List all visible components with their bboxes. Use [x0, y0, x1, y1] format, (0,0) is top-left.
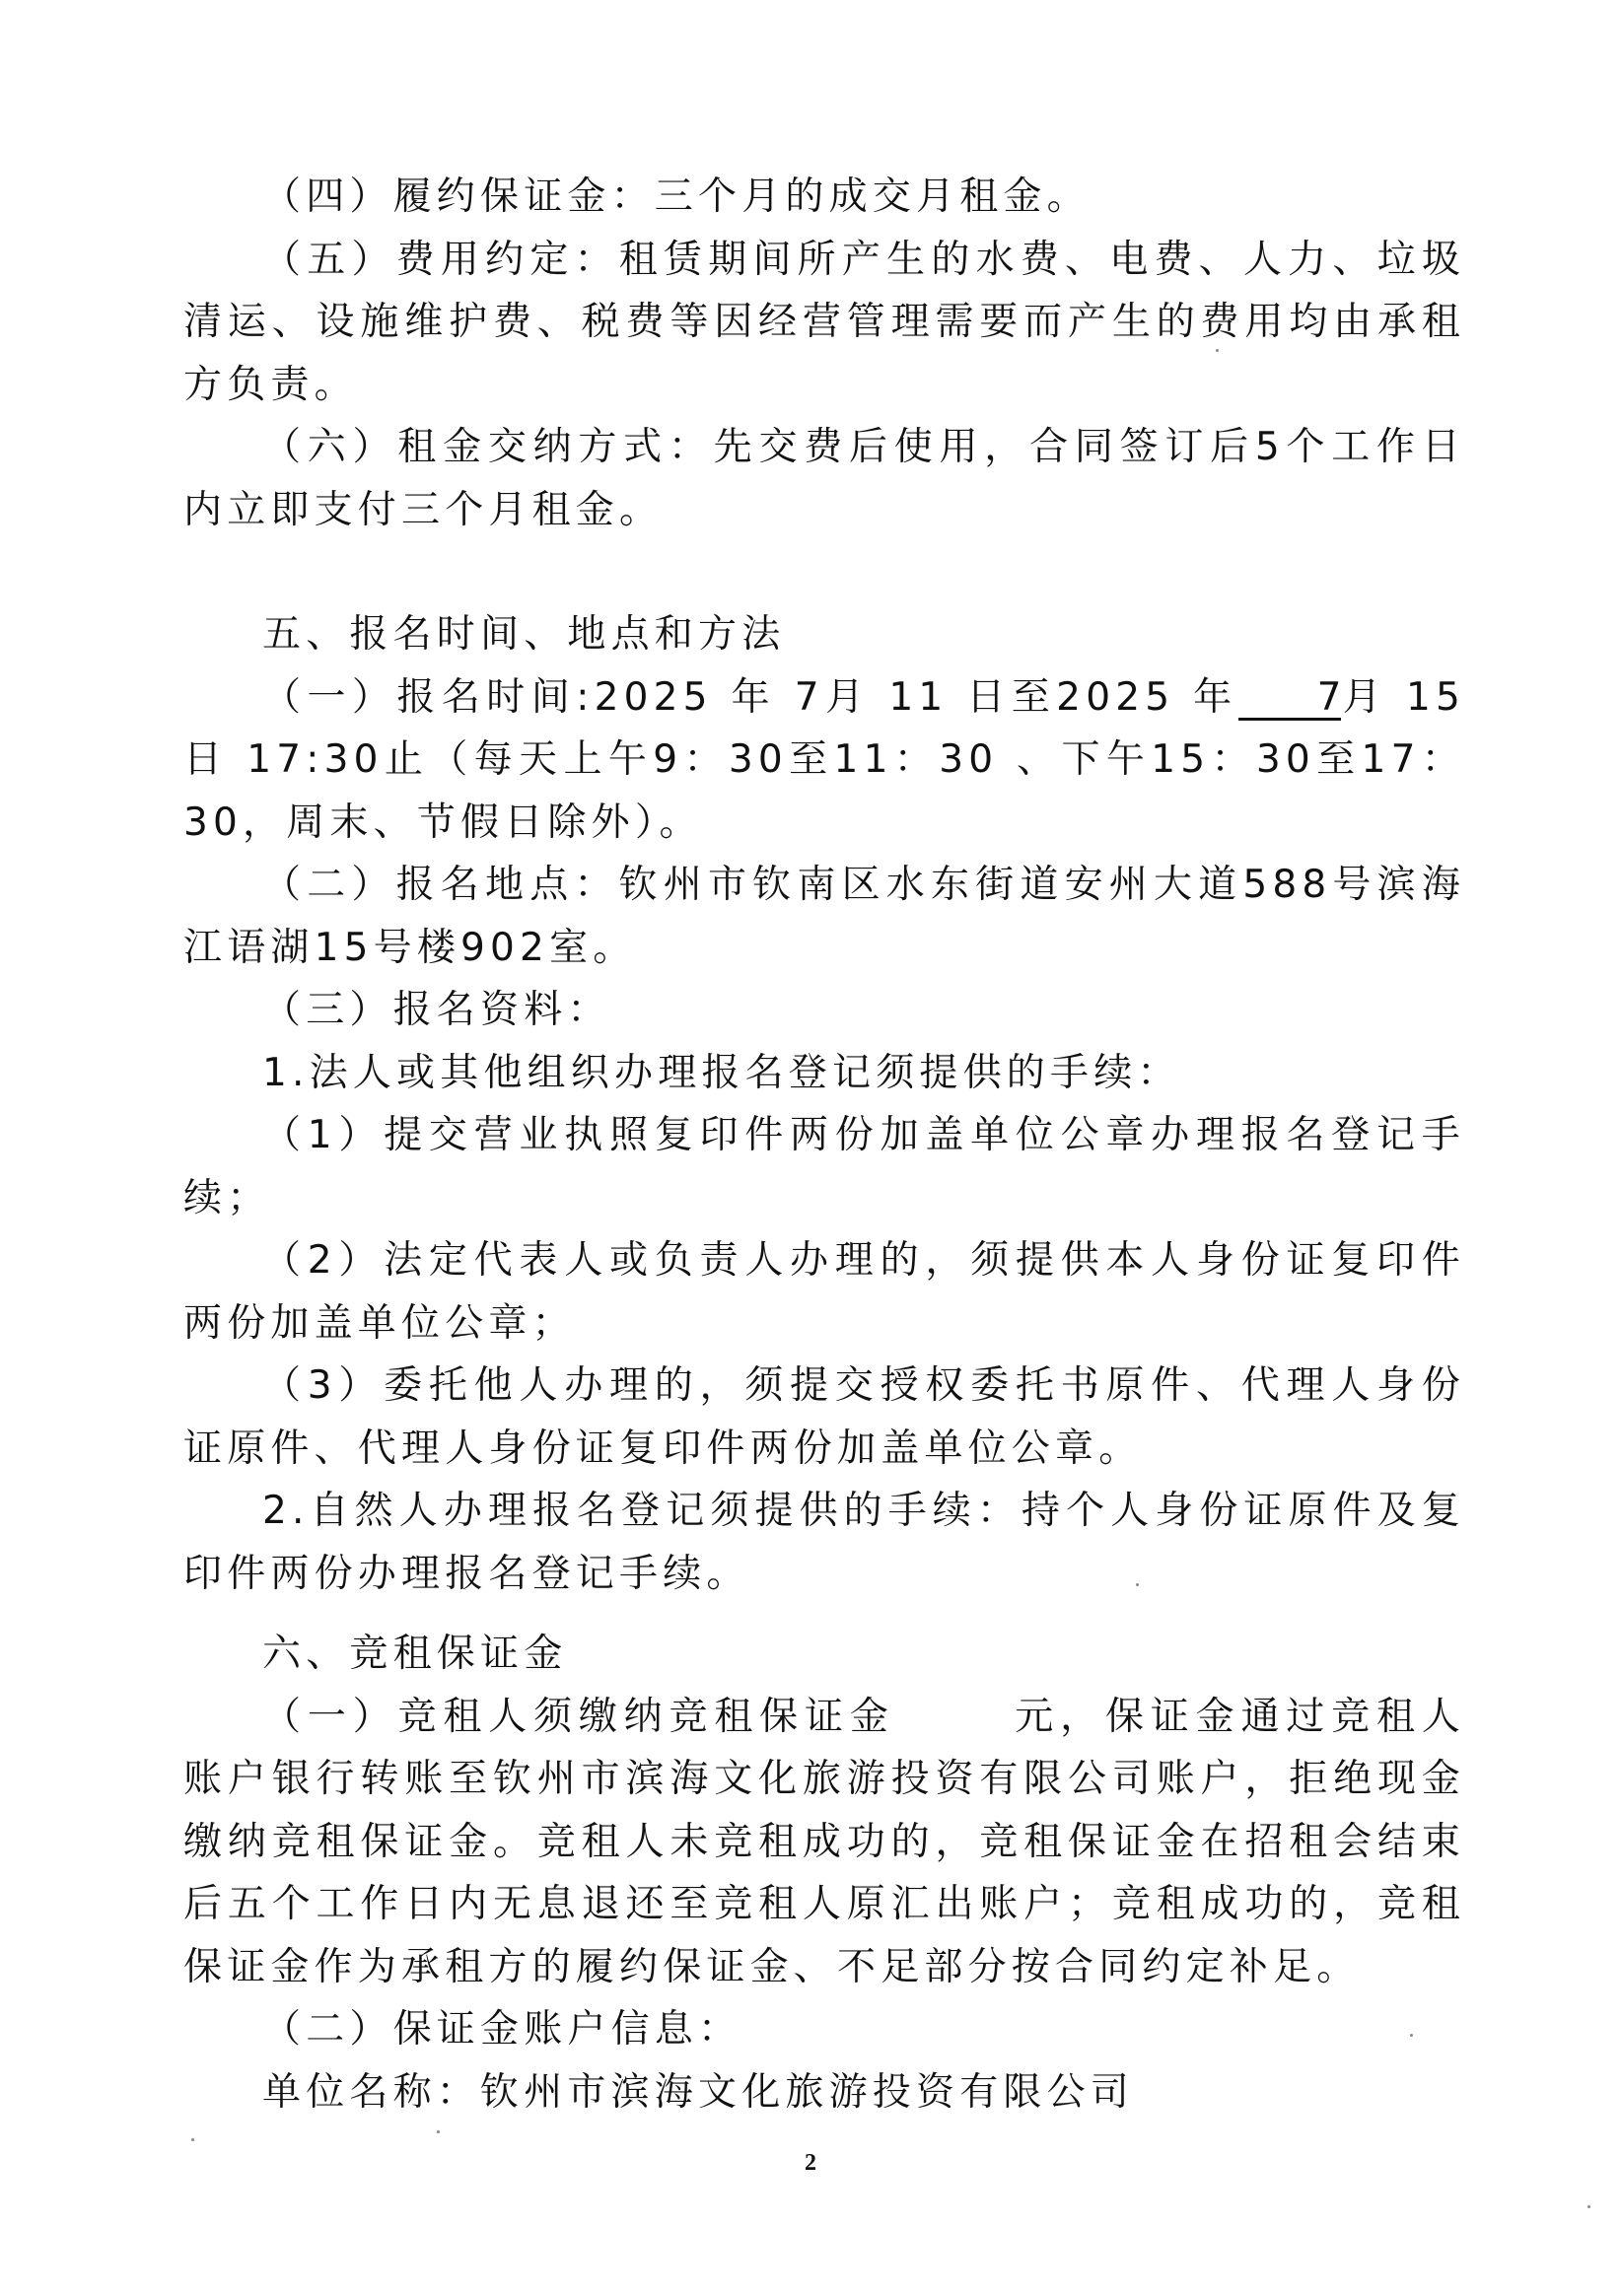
section6-heading: 六、竞租保证金 [183, 1623, 1465, 1686]
performance-deposit-paragraph: （四）履约保证金：三个月的成交月租金。 [183, 166, 1465, 229]
bid-deposit-paragraph: （一）竞租人须缴纳竞租保证金元，保证金通过竞租人账户银行转账至钦州市滨海文化旅游… [183, 1686, 1465, 1999]
legal-entity-heading: 1.法人或其他组织办理报名登记须提供的手续： [183, 1042, 1465, 1105]
scan-speck [437, 2130, 440, 2133]
document-body: （四）履约保证金：三个月的成交月租金。 （五）费用约定：租赁期间所产生的水费、电… [183, 166, 1465, 2123]
section5-heading: 五、报名时间、地点和方法 [183, 603, 1465, 666]
page-number: 2 [0, 2150, 1621, 2177]
legal-item-2: （2）法定代表人或负责人办理的，须提供本人身份证复印件两份加盖单位公章； [183, 1229, 1465, 1355]
scan-speck [1136, 1583, 1139, 1586]
registration-materials-heading: （三）报名资料： [183, 979, 1465, 1042]
legal-item-1: （1）提交营业执照复印件两份加盖单位公章办理报名登记手续； [183, 1104, 1465, 1229]
account-name: 单位名称：钦州市滨海文化旅游投资有限公司 [183, 2061, 1465, 2124]
spacer [183, 541, 1465, 603]
scan-speck [1216, 349, 1219, 352]
registration-time-prefix: （一）报名时间:2025 年 7月 11 日至2025 年 [262, 675, 1238, 720]
scan-speck [191, 2138, 194, 2141]
registration-time-paragraph: （一）报名时间:2025 年 7月 11 日至2025 年7月 15 日 17:… [183, 666, 1465, 855]
deposit-account-heading: （二）保证金账户信息： [183, 1998, 1465, 2061]
fees-paragraph: （五）费用约定：租赁期间所产生的水费、电费、人力、垃圾清运、设施维护费、税费等因… [183, 229, 1465, 417]
scan-speck [1587, 2205, 1590, 2208]
registration-location-paragraph: （二）报名地点：钦州市钦南区水东街道安州大道588号滨海江语湖15号楼902室。 [183, 854, 1465, 979]
legal-item-3: （3）委托他人办理的，须提交授权委托书原件、代理人身份证原件、代理人身份证复印件… [183, 1355, 1465, 1480]
document-page: （四）履约保证金：三个月的成交月租金。 （五）费用约定：租赁期间所产生的水费、电… [0, 0, 1621, 2296]
rent-payment-paragraph: （六）租金交纳方式：先交费后使用，合同签订后5个工作日内立即支付三个月租金。 [183, 416, 1465, 541]
scan-speck [1410, 2034, 1413, 2037]
natural-person-paragraph: 2.自然人办理报名登记须提供的手续：持个人身份证原件及复印件两份办理报名登记手续… [183, 1480, 1465, 1605]
bid-deposit-prefix: （一）竞租人须缴纳竞租保证金 [262, 1695, 895, 1739]
registration-end-month-underlined: 7 [1238, 678, 1342, 722]
spacer [183, 1605, 1465, 1623]
